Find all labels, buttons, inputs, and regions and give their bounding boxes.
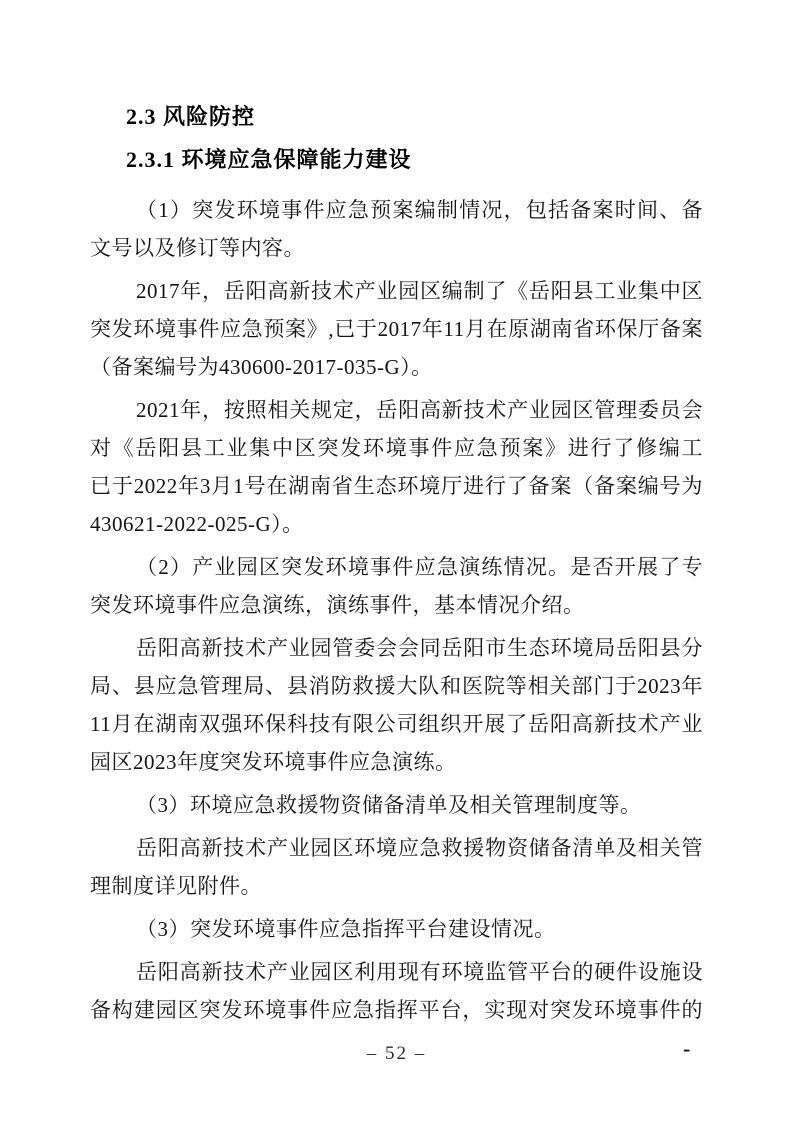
text-line: 岳阳高新技术产业园区环境应急救援物资储备清单及相关管 <box>90 829 703 867</box>
text-line: 园区2023年度突发环境事件应急演练。 <box>90 743 703 781</box>
text-line: 文号以及修订等内容。 <box>90 229 703 267</box>
paragraph: （3）突发环境事件应急指挥平台建设情况。 <box>90 910 703 948</box>
text-line: 局、县应急管理局、县消防救援大队和医院等相关部门于2023年 <box>90 667 703 705</box>
text-line: （2）产业园区突发环境事件应急演练情况。是否开展了专项 <box>90 548 703 586</box>
text-line: 2021年，按照相关规定，岳阳高新技术产业园区管理委员会 <box>90 391 703 429</box>
text-line: 2017年，岳阳高新技术产业园区编制了《岳阳县工业集中区 <box>90 272 703 310</box>
section-heading-risk-control: 2.3 风险防控 <box>90 103 703 131</box>
section-heading-emergency-capacity: 2.3.1 环境应急保障能力建设 <box>90 146 703 174</box>
paragraph: 岳阳高新技术产业园管委会会同岳阳市生态环境局岳阳县分局、县应急管理局、县消防救援… <box>90 629 703 781</box>
text-line: 岳阳高新技术产业园管委会会同岳阳市生态环境局岳阳县分 <box>90 629 703 667</box>
paragraph: 岳阳高新技术产业园区环境应急救援物资储备清单及相关管理制度详见附件。 <box>90 829 703 905</box>
text-line: （3）环境应急救援物资储备清单及相关管理制度等。 <box>90 786 703 824</box>
paragraph: （3）环境应急救援物资储备清单及相关管理制度等。 <box>90 786 703 824</box>
paragraph: （1）突发环境事件应急预案编制情况，包括备案时间、备案文号以及修订等内容。 <box>90 191 703 267</box>
page-footer: – 52 – <box>0 1043 793 1065</box>
paragraph: 岳阳高新技术产业园区利用现有环境监管平台的硬件设施设备构建园区突发环境事件应急指… <box>90 953 703 1029</box>
text-line: 理制度详见附件。 <box>90 867 703 905</box>
text-line: 430621-2022-025-G）。 <box>90 505 703 543</box>
text-line: 对《岳阳县工业集中区突发环境事件应急预案》进行了修编工作。 <box>90 429 703 467</box>
text-line: 已于2022年3月1号在湖南省生态环境厅进行了备案（备案编号为 <box>90 467 703 505</box>
paragraph: 2017年，岳阳高新技术产业园区编制了《岳阳县工业集中区突发环境事件应急预案》,… <box>90 272 703 386</box>
text-line: 突发环境事件应急演练，演练事件，基本情况介绍。 <box>90 586 703 624</box>
text-line: （备案编号为430600-2017-035-G）。 <box>90 348 703 386</box>
document-body: 2.3 风险防控 2.3.1 环境应急保障能力建设 （1）突发环境事件应急预案编… <box>90 103 703 1034</box>
paragraph: （2）产业园区突发环境事件应急演练情况。是否开展了专项突发环境事件应急演练，演练… <box>90 548 703 624</box>
document-page: 2.3 风险防控 2.3.1 环境应急保障能力建设 （1）突发环境事件应急预案编… <box>0 0 793 1122</box>
text-line: 备构建园区突发环境事件应急指挥平台，实现对突发环境事件的 <box>90 991 703 1029</box>
text-line: 11月在湖南双强环保科技有限公司组织开展了岳阳高新技术产业 <box>90 705 703 743</box>
text-line: 岳阳高新技术产业园区利用现有环境监管平台的硬件设施设 <box>90 953 703 991</box>
paragraph: 2021年，按照相关规定，岳阳高新技术产业园区管理委员会对《岳阳县工业集中区突发… <box>90 391 703 543</box>
text-line: （3）突发环境事件应急指挥平台建设情况。 <box>90 910 703 948</box>
text-line: 突发环境事件应急预案》,已于2017年11月在原湖南省环保厅备案 <box>90 310 703 348</box>
text-line: （1）突发环境事件应急预案编制情况，包括备案时间、备案 <box>90 191 703 229</box>
footer-corner-dash: - <box>683 1036 690 1062</box>
paragraph-container: （1）突发环境事件应急预案编制情况，包括备案时间、备案文号以及修订等内容。201… <box>90 191 703 1029</box>
page-number: – 52 – <box>367 1043 427 1064</box>
